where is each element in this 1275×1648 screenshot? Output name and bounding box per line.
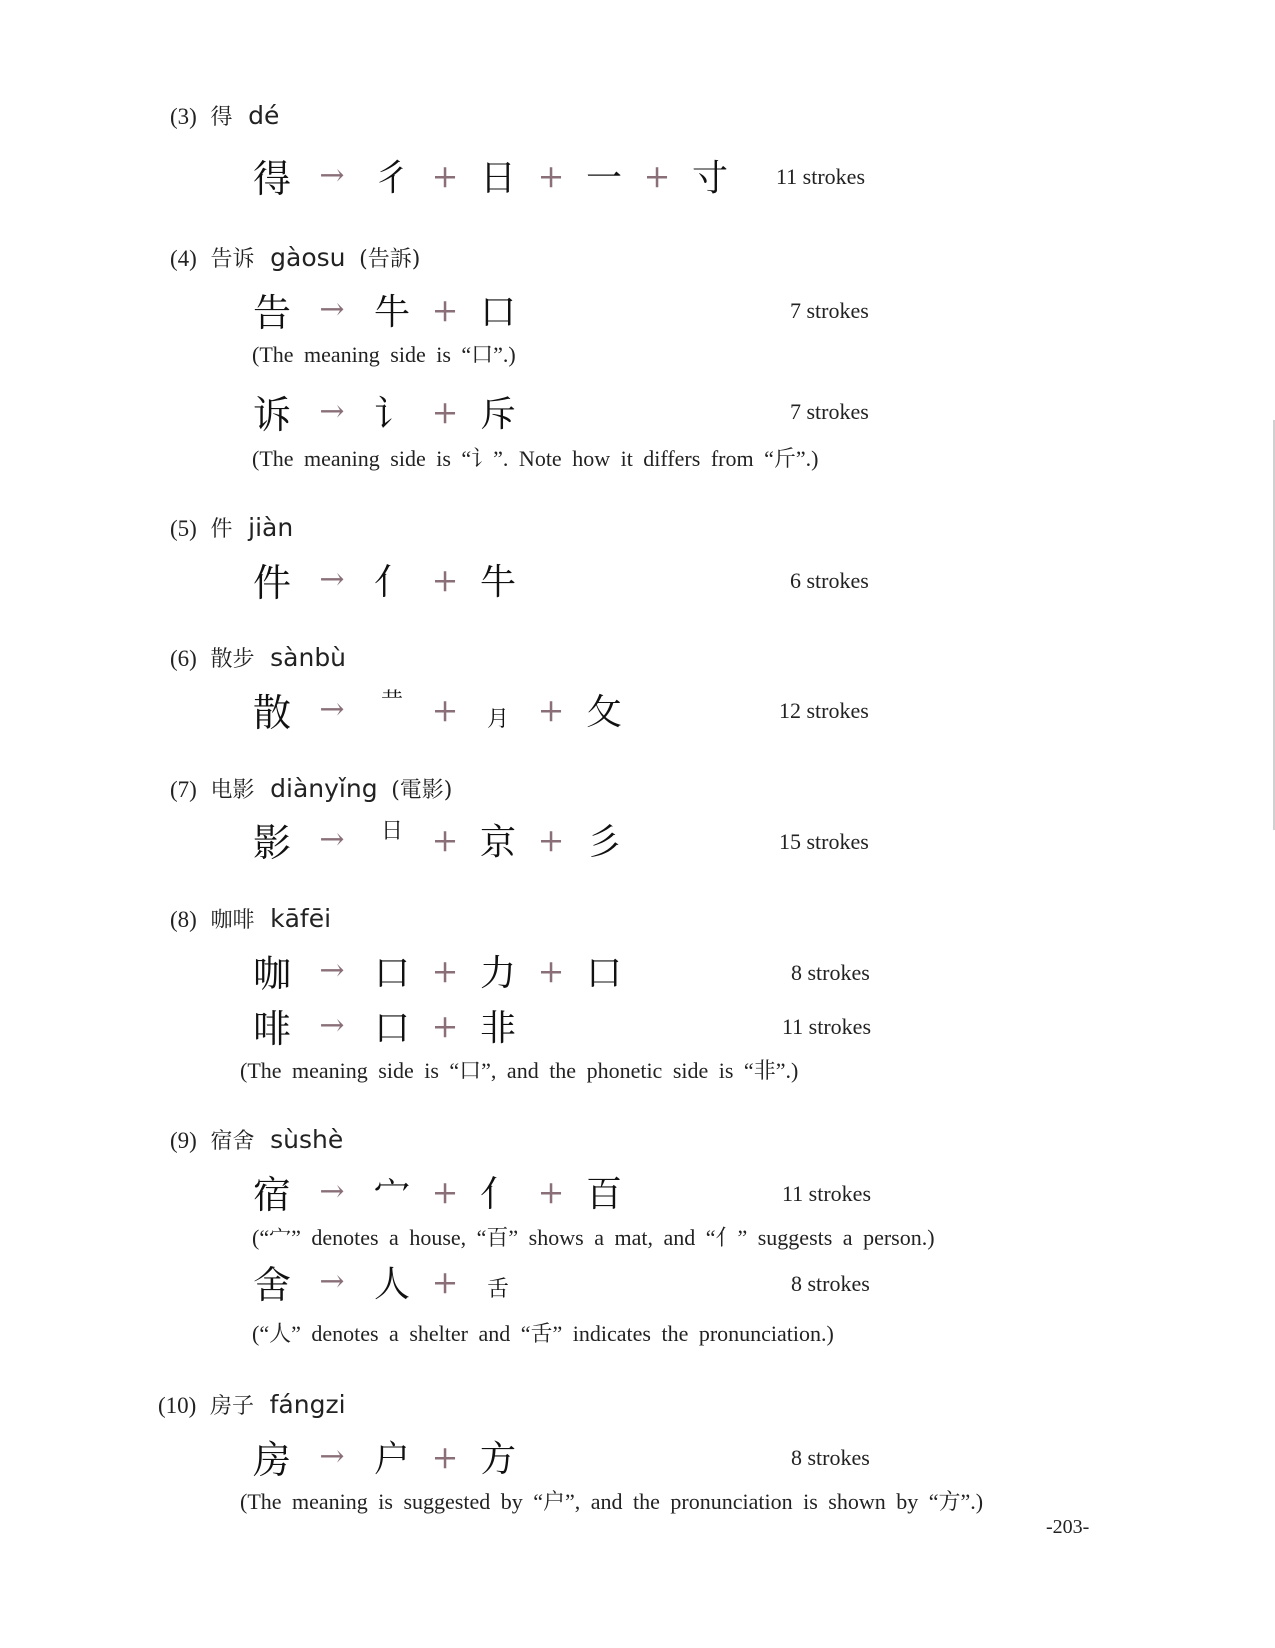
character: 诉	[244, 384, 300, 439]
decomposition-row: 舍 → 人 + 舌	[244, 1254, 526, 1309]
entry-header: (8) 咖啡 kāfēi	[170, 903, 331, 934]
entry-word: 宿舍	[210, 1129, 254, 1154]
component: 一	[576, 150, 632, 201]
component: 户	[364, 1431, 420, 1482]
component: 人	[364, 1256, 420, 1307]
component: 力	[470, 945, 526, 996]
component: 斥	[470, 386, 526, 437]
entry-traditional: (告訴)	[359, 247, 420, 272]
entry-index: (3)	[170, 104, 197, 129]
plus-icon: +	[526, 952, 576, 990]
entry-header: (9) 宿舍 sùshè	[170, 1124, 343, 1155]
plus-icon: +	[420, 157, 470, 195]
decomposition-row: 散 → 龷 + 月 + 攵	[244, 682, 632, 737]
entry-header: (4) 告诉 gàosu (告訴)	[170, 242, 420, 273]
character: 舍	[244, 1254, 300, 1309]
explanation-note: (“人” denotes a shelter and “舌” indicates…	[252, 1317, 834, 1348]
decomposition-row: 得 → 彳 + 日 + 一 + 寸	[244, 148, 738, 203]
stroke-count: 6 strokes	[790, 568, 869, 594]
entry-traditional: (電影)	[391, 778, 452, 803]
entry-index: (5)	[170, 516, 197, 541]
character: 件	[244, 552, 300, 607]
entry-pinyin: sùshè	[270, 1125, 343, 1154]
entry-word: 得	[210, 105, 232, 130]
character: 影	[244, 812, 300, 867]
arrow-icon: →	[300, 394, 364, 429]
entry-pinyin: jiàn	[248, 513, 293, 542]
entry-index: (10)	[158, 1393, 196, 1418]
explanation-note: (The meaning side is “讠”. Note how it di…	[252, 442, 818, 473]
plus-icon: +	[526, 821, 576, 859]
component: 非	[470, 1000, 526, 1051]
component: 日	[470, 150, 526, 201]
character: 得	[244, 148, 300, 203]
decomposition-row: 咖 → 口 + 力 + 口	[244, 943, 632, 998]
plus-icon: +	[420, 1438, 470, 1476]
entry-header: (3) 得 dé	[170, 100, 279, 131]
stroke-count: 7 strokes	[790, 298, 869, 324]
plus-icon: +	[420, 561, 470, 599]
stroke-count: 8 strokes	[791, 1445, 870, 1471]
component: 亻	[364, 554, 420, 605]
entry-index: (9)	[170, 1128, 197, 1153]
decomposition-row: 啡 → 口 + 非	[244, 998, 526, 1053]
entry-header: (7) 电影 diànyǐng (電影)	[170, 773, 452, 804]
component: 口	[576, 945, 632, 996]
stroke-count: 11 strokes	[782, 1014, 871, 1040]
arrow-icon: →	[300, 292, 364, 327]
component: 京	[470, 814, 526, 865]
component: 彡	[576, 814, 632, 865]
arrow-icon: →	[300, 1174, 364, 1209]
plus-icon: +	[420, 691, 470, 729]
component: 舌	[470, 1272, 526, 1303]
plus-icon: +	[420, 821, 470, 859]
plus-icon: +	[632, 157, 682, 195]
stroke-count: 11 strokes	[776, 164, 865, 190]
character: 宿	[244, 1164, 300, 1219]
character: 啡	[244, 998, 300, 1053]
arrow-icon: →	[300, 822, 364, 857]
component: 日	[364, 814, 420, 845]
entry-header: (5) 件 jiàn	[170, 512, 293, 543]
decomposition-row: 影 → 日 + 京 + 彡	[244, 812, 632, 867]
plus-icon: +	[420, 952, 470, 990]
explanation-note: (The meaning is suggested by “户”, and th…	[240, 1485, 983, 1516]
arrow-icon: →	[300, 692, 364, 727]
character: 房	[244, 1429, 300, 1484]
arrow-icon: →	[300, 1008, 364, 1043]
entry-pinyin: diànyǐng	[270, 774, 377, 803]
component: 牛	[470, 554, 526, 605]
component: 龷	[364, 684, 420, 715]
entry-word: 告诉	[210, 247, 254, 272]
entry-pinyin: gàosu	[270, 243, 345, 272]
entry-index: (7)	[170, 777, 197, 802]
component: 口	[364, 1000, 420, 1051]
plus-icon: +	[420, 1263, 470, 1301]
component: 牛	[364, 284, 420, 335]
entry-pinyin: kāfēi	[270, 904, 331, 933]
component: 月	[470, 702, 526, 733]
component: 口	[470, 284, 526, 335]
arrow-icon: →	[300, 953, 364, 988]
arrow-icon: →	[300, 158, 364, 193]
stroke-count: 11 strokes	[782, 1181, 871, 1207]
explanation-note: (The meaning side is “口”, and the phonet…	[240, 1054, 798, 1085]
explanation-note: (“宀” denotes a house, “百” shows a mat, a…	[252, 1221, 935, 1252]
entry-header: (10) 房子 fángzi	[158, 1389, 346, 1420]
entry-word: 咖啡	[210, 908, 254, 933]
plus-icon: +	[420, 1173, 470, 1211]
decomposition-row: 房 → 户 + 方	[244, 1429, 526, 1484]
decomposition-row: 宿 → 宀 + 亻 + 百	[244, 1164, 632, 1219]
plus-icon: +	[526, 691, 576, 729]
component: 方	[470, 1431, 526, 1482]
entry-pinyin: sànbù	[270, 643, 346, 672]
component: 寸	[682, 150, 738, 201]
component: 讠	[364, 386, 420, 437]
entry-index: (8)	[170, 907, 197, 932]
character: 咖	[244, 943, 300, 998]
entry-header: (6) 散步 sànbù	[170, 642, 346, 673]
decomposition-row: 诉 → 讠 + 斥	[244, 384, 526, 439]
arrow-icon: →	[300, 1439, 364, 1474]
stroke-count: 8 strokes	[791, 960, 870, 986]
component: 口	[364, 945, 420, 996]
plus-icon: +	[526, 157, 576, 195]
entry-index: (6)	[170, 646, 197, 671]
component: 攵	[576, 684, 632, 735]
arrow-icon: →	[300, 1264, 364, 1299]
component: 彳	[364, 150, 420, 201]
explanation-note: (The meaning side is “口”.)	[252, 338, 516, 369]
entry-pinyin: fángzi	[270, 1390, 346, 1419]
entry-word: 房子	[210, 1394, 254, 1419]
component: 亻	[470, 1166, 526, 1217]
stroke-count: 7 strokes	[790, 399, 869, 425]
plus-icon: +	[526, 1173, 576, 1211]
entry-word: 散步	[210, 647, 254, 672]
component: 宀	[364, 1166, 420, 1217]
component: 百	[576, 1166, 632, 1217]
plus-icon: +	[420, 1007, 470, 1045]
decomposition-row: 件 → 亻 + 牛	[244, 552, 526, 607]
character: 告	[244, 282, 300, 337]
stroke-count: 8 strokes	[791, 1271, 870, 1297]
entry-word: 电影	[210, 778, 254, 803]
entry-index: (4)	[170, 246, 197, 271]
entry-word: 件	[210, 517, 232, 542]
character: 散	[244, 682, 300, 737]
stroke-count: 15 strokes	[779, 829, 869, 855]
stroke-count: 12 strokes	[779, 698, 869, 724]
arrow-icon: →	[300, 562, 364, 597]
plus-icon: +	[420, 393, 470, 431]
plus-icon: +	[420, 291, 470, 329]
entry-pinyin: dé	[248, 101, 279, 130]
page-number: -203-	[1046, 1516, 1089, 1539]
decomposition-row: 告 → 牛 + 口	[244, 282, 526, 337]
